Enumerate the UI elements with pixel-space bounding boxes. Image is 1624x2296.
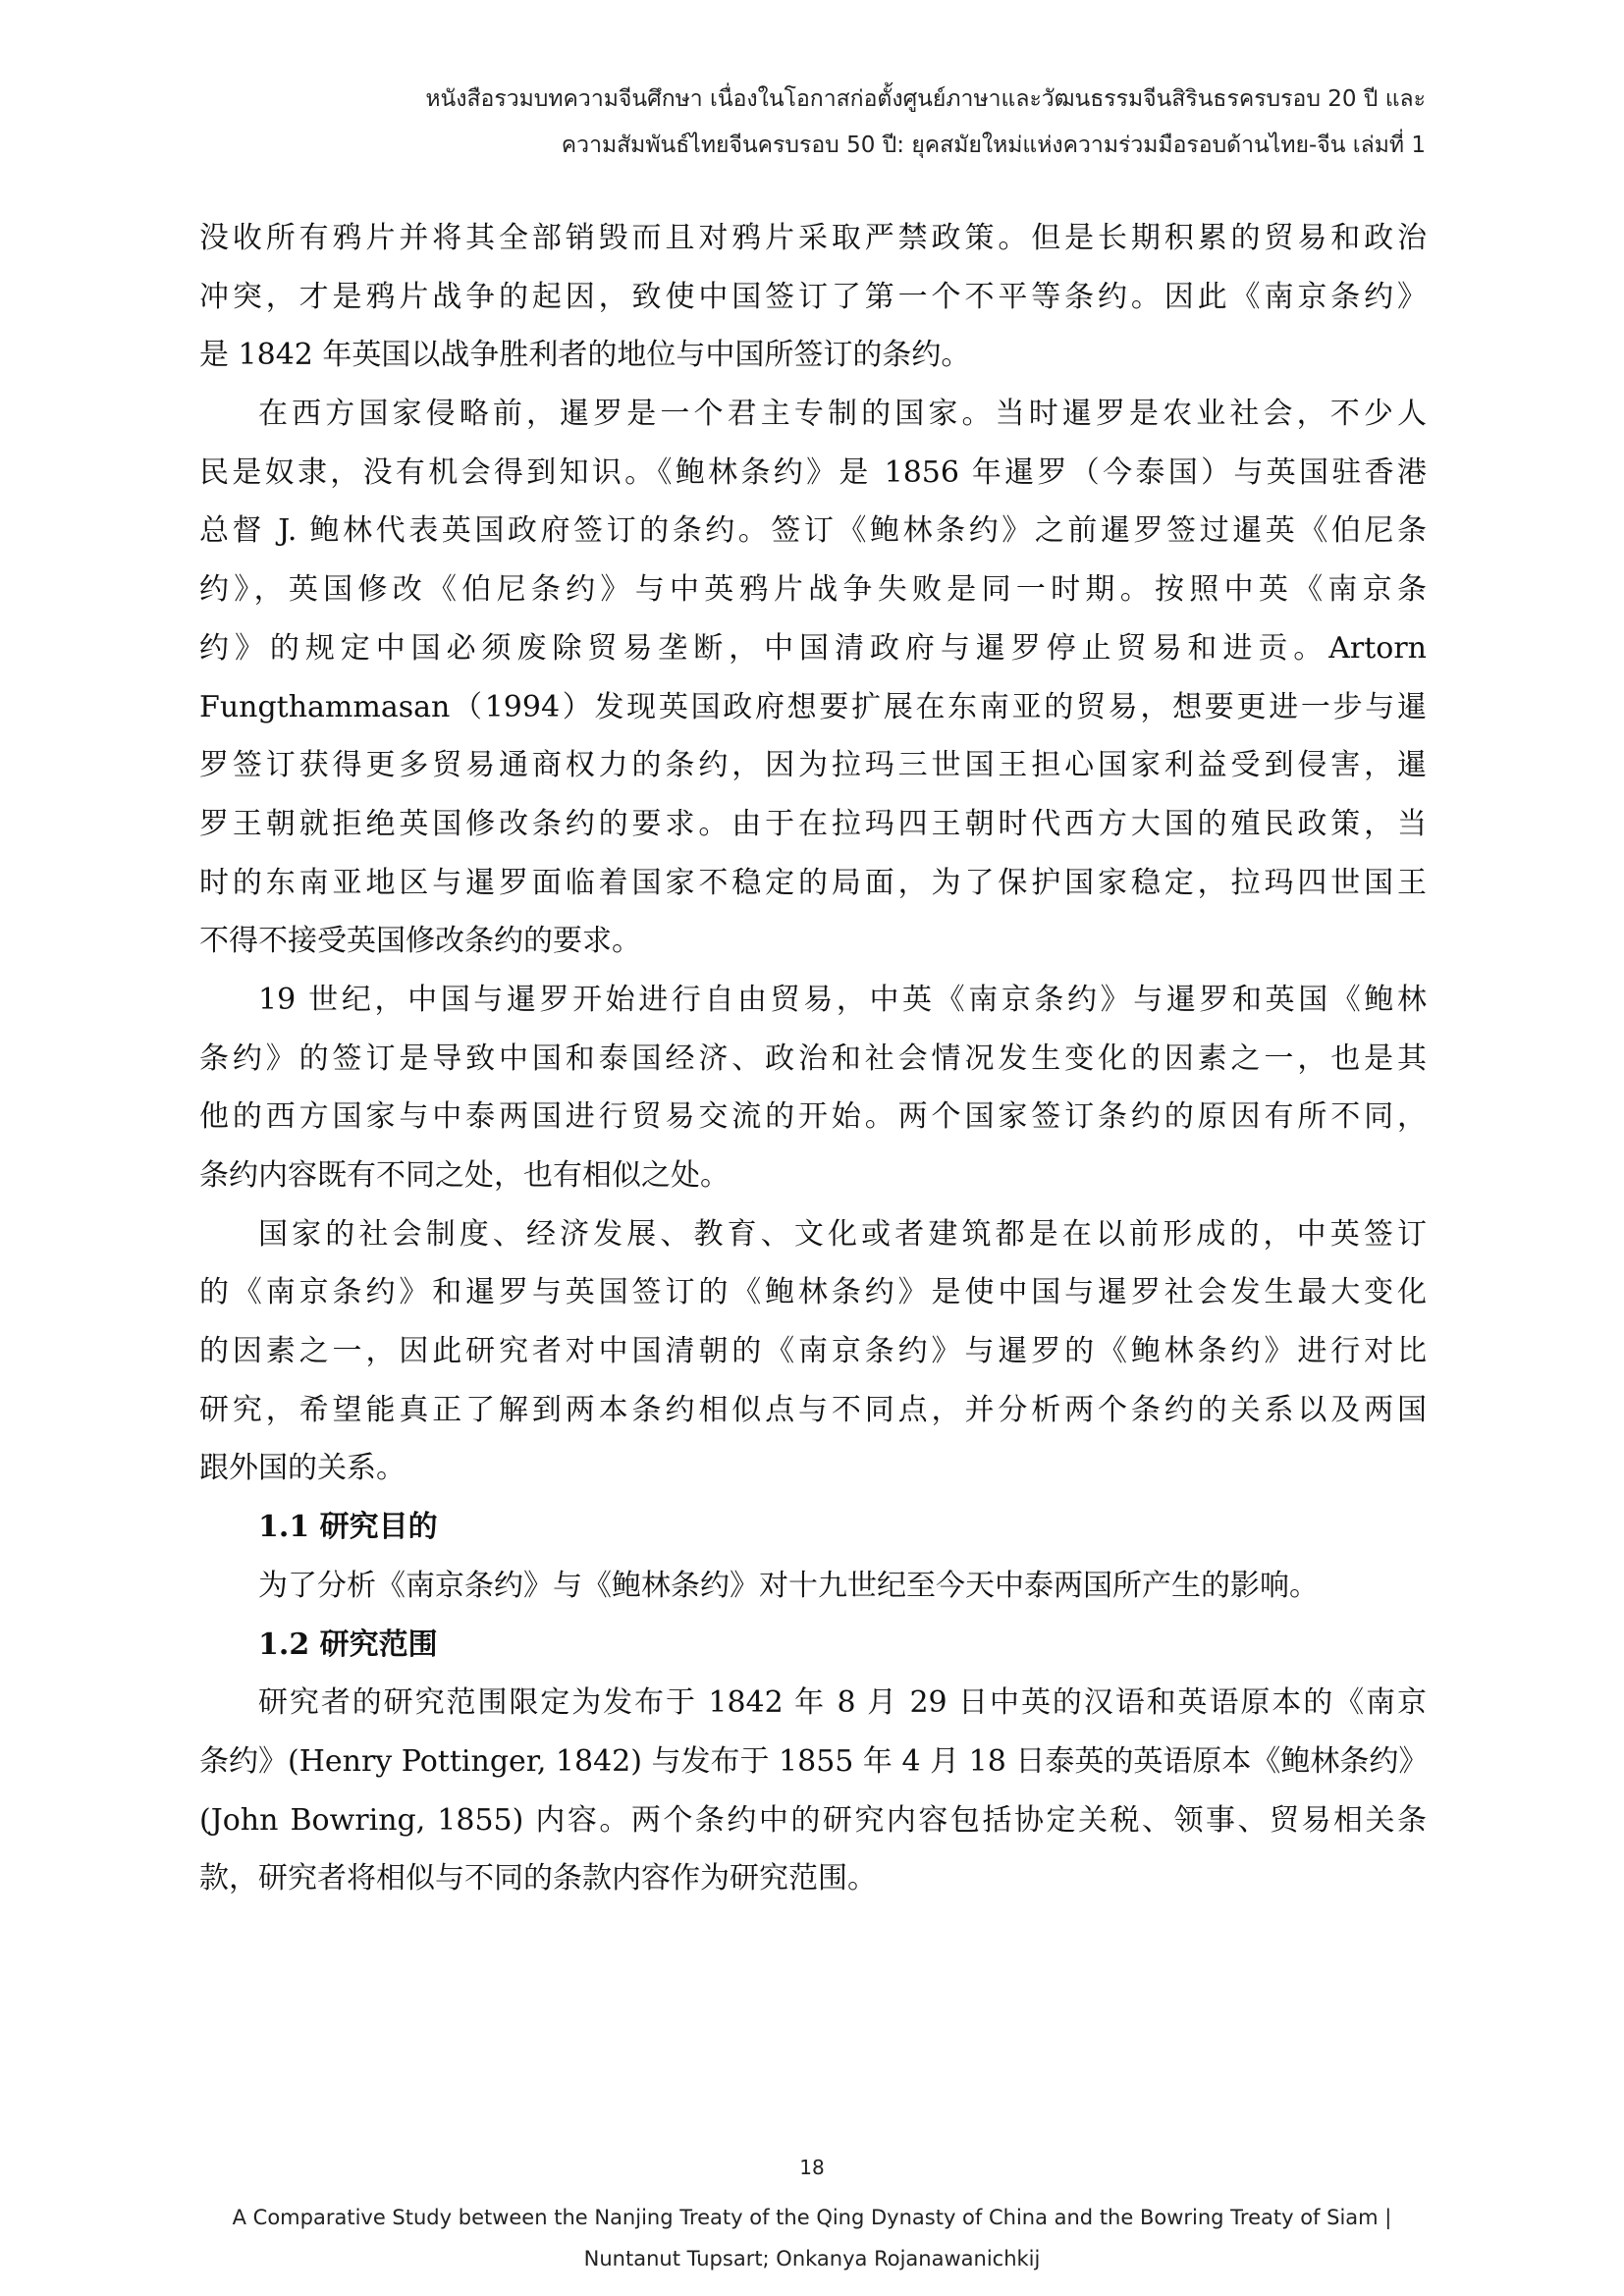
body-text: 没收所有鸦片并将其全部销毁而且对鸦片采取严禁政策。但是长期积累的贸易和政治冲突，… (199, 209, 1427, 1908)
text-line: 没收所有鸦片并将其全部销毁而且对鸦片采取严禁政策。但是长期积累的贸易和政治 (199, 209, 1427, 268)
text-line: 19 世纪，中国与暹罗开始进行自由贸易，中英《南京条约》与暹罗和英国《鲍林 (199, 971, 1427, 1030)
running-header-line-2: ความสัมพันธ์ไทยจีนครบรอบ 50 ปี: ยุคสมัยใ… (425, 123, 1426, 169)
text-line: 他的西方国家与中泰两国进行贸易交流的开始。两个国家签订条约的原因有所不同， (199, 1088, 1427, 1147)
text-line: 跟外国的关系。 (199, 1439, 1427, 1498)
footer-authors: Nuntanut Tupsart; Onkanya Rojanawanichki… (0, 2238, 1624, 2279)
text-line: 的《南京条约》和暹罗与英国签订的《鲍林条约》是使中国与暹罗社会发生最大变化 (199, 1263, 1427, 1322)
text-line: 条约》(Henry Pottinger, 1842) 与发布于 1855 年 4… (199, 1733, 1427, 1791)
text-line: 研究者的研究范围限定为发布于 1842 年 8 月 29 日中英的汉语和英语原本… (199, 1674, 1427, 1733)
text-line: 是 1842 年英国以战争胜利者的地位与中国所签订的条约。 (199, 326, 1427, 385)
text-line: 条约内容既有不同之处，也有相似之处。 (199, 1147, 1427, 1205)
text-line: 罗签订获得更多贸易通商权力的条约，因为拉玛三世国王担心国家利益受到侵害，暹 (199, 736, 1427, 795)
text-line: Fungthammasan（1994）发现英国政府想要扩展在东南亚的贸易，想要更… (199, 678, 1427, 737)
section-heading: 1.2 研究范围 (199, 1616, 1427, 1675)
document-page: หนังสือรวมบทความจีนศึกษา เนื่องในโอกาสก่… (0, 0, 1624, 2296)
running-header: หนังสือรวมบทความจีนศึกษา เนื่องในโอกาสก่… (425, 77, 1426, 169)
text-line: 约》的规定中国必须废除贸易垄断，中国清政府与暹罗停止贸易和进贡。Artorn (199, 619, 1427, 678)
page-number: 18 (0, 2156, 1624, 2179)
text-line: 条约》的签订是导致中国和泰国经济、政治和社会情况发生变化的因素之一，也是其 (199, 1030, 1427, 1089)
text-line: 罗王朝就拒绝英国修改条约的要求。由于在拉玛四王朝时代西方大国的殖民政策，当 (199, 795, 1427, 854)
text-line: 研究，希望能真正了解到两本条约相似点与不同点，并分析两个条约的关系以及两国 (199, 1381, 1427, 1440)
running-header-line-1: หนังสือรวมบทความจีนศึกษา เนื่องในโอกาสก่… (425, 77, 1426, 123)
footer-title: A Comparative Study between the Nanjing … (0, 2197, 1624, 2238)
text-line: 冲突，才是鸦片战争的起因，致使中国签订了第一个不平等条约。因此《南京条约》 (199, 268, 1427, 327)
section-heading: 1.1 研究目的 (199, 1498, 1427, 1557)
text-line: 国家的社会制度、经济发展、教育、文化或者建筑都是在以前形成的，中英签订 (199, 1205, 1427, 1264)
text-line: 款，研究者将相似与不同的条款内容作为研究范围。 (199, 1849, 1427, 1908)
text-line: 为了分析《南京条约》与《鲍林条约》对十九世纪至今天中泰两国所产生的影响。 (199, 1557, 1427, 1616)
footer: A Comparative Study between the Nanjing … (0, 2197, 1624, 2279)
text-line: (John Bowring, 1855) 内容。两个条约中的研究内容包括协定关税… (199, 1791, 1427, 1850)
text-line: 民是奴隶，没有机会得到知识。《鲍林条约》是 1856 年暹罗（今泰国）与英国驻香… (199, 444, 1427, 503)
text-line: 的因素之一，因此研究者对中国清朝的《南京条约》与暹罗的《鲍林条约》进行对比 (199, 1322, 1427, 1381)
text-line: 在西方国家侵略前，暹罗是一个君主专制的国家。当时暹罗是农业社会，不少人 (199, 385, 1427, 444)
text-line: 不得不接受英国修改条约的要求。 (199, 912, 1427, 971)
text-line: 时的东南亚地区与暹罗面临着国家不稳定的局面，为了保护国家稳定，拉玛四世国王 (199, 854, 1427, 913)
text-line: 约》，英国修改《伯尼条约》与中英鸦片战争失败是同一时期。按照中英《南京条 (199, 561, 1427, 619)
text-line: 总督 J. 鲍林代表英国政府签订的条约。签订《鲍林条约》之前暹罗签过暹英《伯尼条 (199, 502, 1427, 561)
